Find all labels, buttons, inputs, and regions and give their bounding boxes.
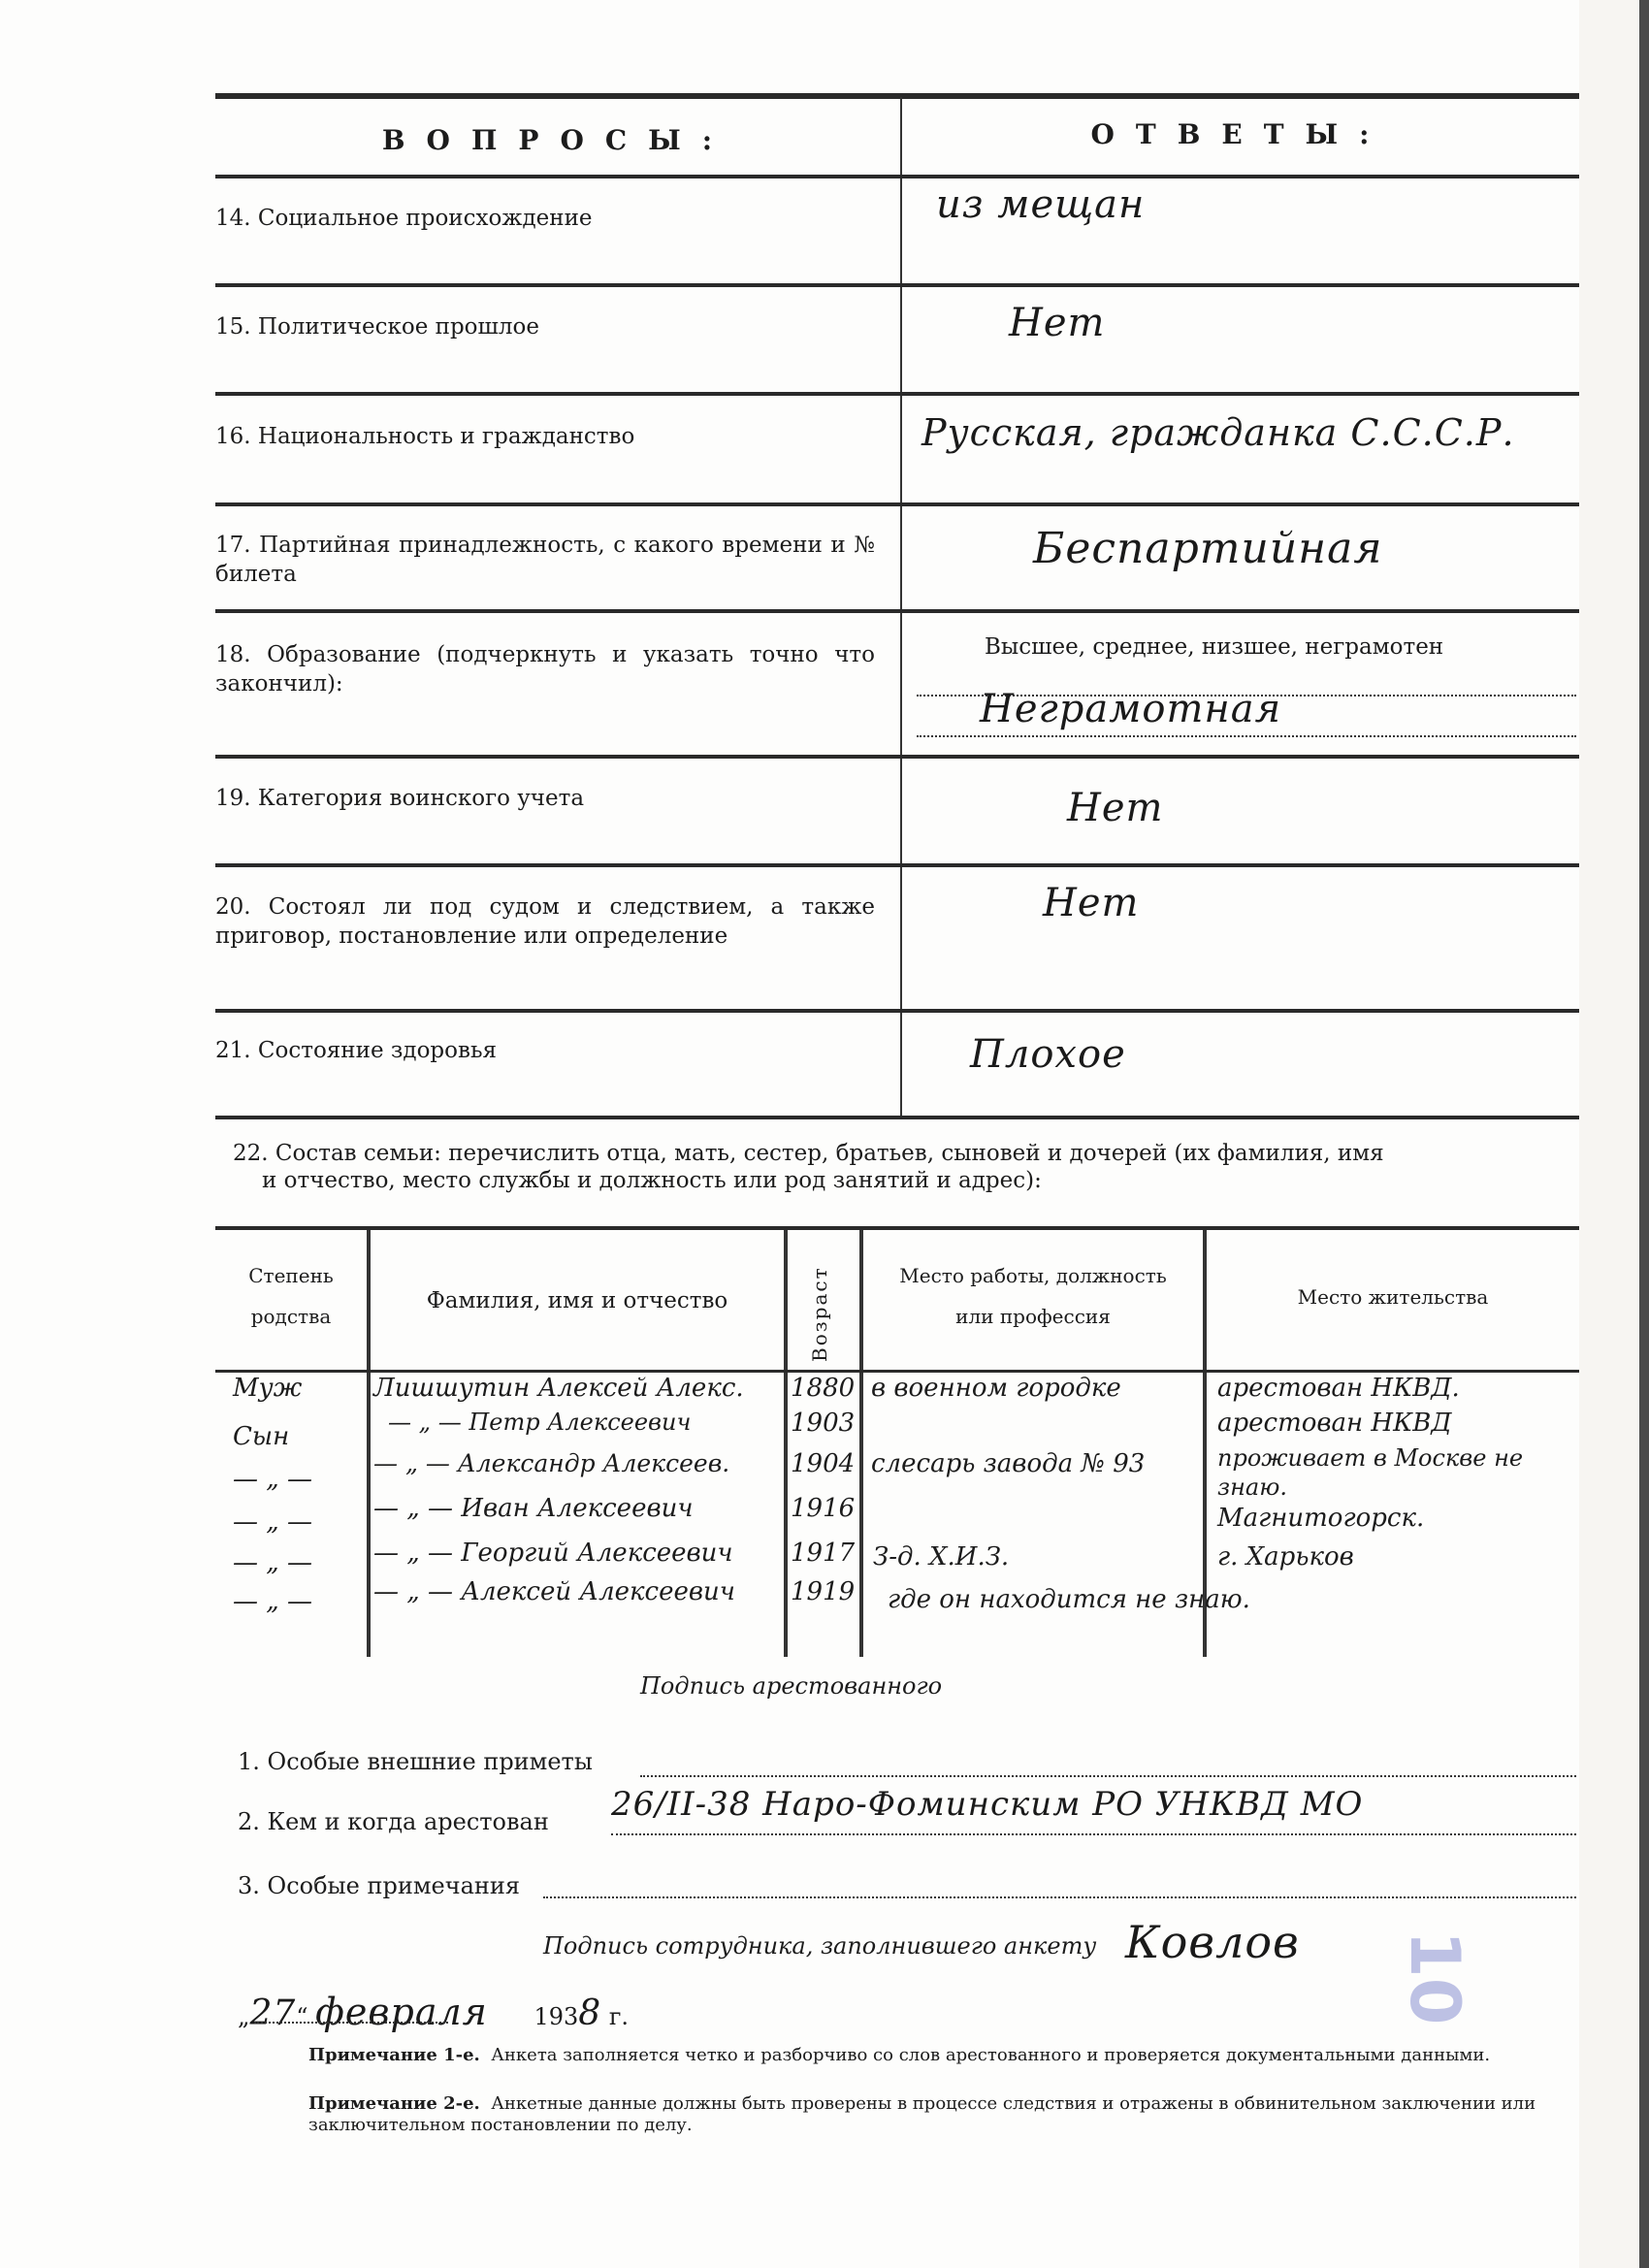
row-work: в военном городке bbox=[871, 1374, 1121, 1403]
family-section-title: 22. Состав семьи: перечислить отца, мать… bbox=[233, 1140, 1581, 1194]
education-options: Высшее, среднее, низшее, неграмотен bbox=[985, 634, 1443, 660]
special-marks-line bbox=[640, 1775, 1576, 1777]
row-relation: — „ — bbox=[233, 1465, 312, 1494]
answer-16: Русская, гражданка С.С.С.Р. bbox=[921, 411, 1515, 454]
special-notes-label: 3. Особые примечания bbox=[238, 1872, 520, 1899]
answer-20: Нет bbox=[1043, 881, 1139, 925]
answers-header: ОТВЕТЫ: bbox=[902, 118, 1579, 150]
date-month: февраля bbox=[315, 1991, 488, 2033]
question-21: 21. Состояние здоровья bbox=[215, 1036, 875, 1065]
row-rule bbox=[215, 283, 1579, 287]
arrested-by-value: 26/II-38 Наро-Фоминским РО УНКВД МО bbox=[611, 1785, 1363, 1824]
special-notes-line bbox=[543, 1896, 1576, 1898]
arrested-by-label: 2. Кем и когда арестован bbox=[238, 1808, 549, 1835]
question-18: 18. Образование (подчеркнуть и указать т… bbox=[215, 640, 875, 698]
question-17: 17. Партийная принадлежность, с какого в… bbox=[215, 531, 875, 589]
row-work: З-д. Х.И.З. bbox=[873, 1542, 1009, 1571]
question-15: 15. Политическое прошлое bbox=[215, 312, 875, 341]
top-rule bbox=[215, 93, 1579, 99]
row-rule bbox=[215, 863, 1579, 867]
row-rule bbox=[215, 175, 1579, 178]
answer-15: Нет bbox=[1009, 301, 1105, 345]
date-year-digit: 8 bbox=[578, 1993, 601, 2033]
column-divider bbox=[900, 97, 902, 1116]
row-rule bbox=[215, 1009, 1579, 1013]
row-name: — „ — Алексей Алексеевич bbox=[373, 1577, 735, 1606]
row-year: 1880 bbox=[791, 1374, 855, 1403]
answer-21: Плохое bbox=[970, 1032, 1126, 1077]
row-relation: — „ — bbox=[233, 1587, 312, 1616]
col-relation: Степень родства bbox=[215, 1261, 367, 1331]
row-relation: Сын bbox=[233, 1422, 289, 1451]
row-year: 1919 bbox=[791, 1577, 855, 1606]
row-year: 1904 bbox=[791, 1449, 855, 1478]
officer-signature-label: Подпись сотрудника, заполнившего анкету bbox=[543, 1932, 1096, 1960]
table-top-rule bbox=[215, 1226, 1579, 1230]
answer-19: Нет bbox=[1067, 786, 1163, 830]
row-residence: г. Харьков bbox=[1217, 1542, 1354, 1571]
row-rule bbox=[215, 502, 1579, 506]
row-year: 1917 bbox=[791, 1539, 855, 1568]
arrested-signature-label: Подпись арестованного bbox=[640, 1672, 942, 1700]
question-14: 14. Социальное происхождение bbox=[215, 204, 875, 233]
row-residence: арестован НКВД bbox=[1217, 1409, 1451, 1438]
answer-17: Беспартийная bbox=[1033, 524, 1383, 573]
scan-edge bbox=[1639, 0, 1649, 2268]
special-marks-label: 1. Особые внешние приметы bbox=[238, 1748, 593, 1775]
row-residence: арестован НКВД. bbox=[1217, 1374, 1460, 1403]
officer-signature: Ковлов bbox=[1125, 1916, 1300, 1968]
col-name: Фамилия, имя и отчество bbox=[371, 1286, 784, 1315]
answer-line bbox=[917, 735, 1576, 737]
row-rule bbox=[215, 609, 1579, 613]
row-name: — „ — Петр Алексеевич bbox=[388, 1409, 691, 1436]
row-relation: Муж bbox=[233, 1374, 302, 1403]
row-work: где он находится не знаю. bbox=[888, 1585, 1250, 1614]
row-work: слесарь завода № 93 bbox=[871, 1449, 1145, 1478]
row-year: 1916 bbox=[791, 1494, 855, 1523]
row-name: — „ — Иван Алексеевич bbox=[373, 1494, 694, 1523]
date: „27“ февраля 1938 г. bbox=[238, 1991, 629, 2033]
answer-14: из мещан bbox=[936, 182, 1145, 227]
col-residence: Место жительства bbox=[1207, 1282, 1579, 1312]
date-line bbox=[254, 2022, 448, 2024]
row-name: Лишшутин Алексей Алекс. bbox=[373, 1374, 744, 1403]
row-residence: Магнитогорск. bbox=[1217, 1504, 1424, 1533]
table-divider bbox=[784, 1230, 788, 1657]
col-work: Место работы, должность или профессия bbox=[863, 1261, 1203, 1331]
row-residence: проживает в Москве не знаю. bbox=[1217, 1443, 1576, 1502]
page-margin bbox=[1579, 0, 1639, 2268]
questions-header: ВОПРОСЫ: bbox=[215, 124, 900, 156]
arrested-by-line bbox=[611, 1833, 1576, 1835]
date-day: 27 bbox=[249, 1993, 296, 2033]
question-16: 16. Национальность и гражданство bbox=[215, 422, 875, 451]
note-2: Примечание 2-е. Анкетные данные должны б… bbox=[308, 2093, 1579, 2136]
row-rule bbox=[215, 1116, 1579, 1119]
table-header-rule bbox=[215, 1370, 1579, 1373]
row-year: 1903 bbox=[791, 1409, 855, 1438]
note-1: Примечание 1-е. Анкета заполняется четко… bbox=[308, 2045, 1579, 2066]
col-age: Возраст bbox=[805, 1261, 834, 1368]
row-relation: — „ — bbox=[233, 1507, 312, 1537]
stamp-mark: 10 bbox=[1368, 1930, 1474, 1998]
row-relation: — „ — bbox=[233, 1548, 312, 1577]
answer-18: Неграмотная bbox=[980, 687, 1281, 731]
row-name: — „ — Георгий Алексеевич bbox=[373, 1539, 733, 1568]
row-rule bbox=[215, 392, 1579, 396]
question-20: 20. Состоял ли под судом и следствием, а… bbox=[215, 892, 875, 951]
row-name: — „ — Александр Алексеев. bbox=[373, 1449, 729, 1477]
question-19: 19. Категория воинского учета bbox=[215, 784, 875, 813]
row-rule bbox=[215, 755, 1579, 759]
